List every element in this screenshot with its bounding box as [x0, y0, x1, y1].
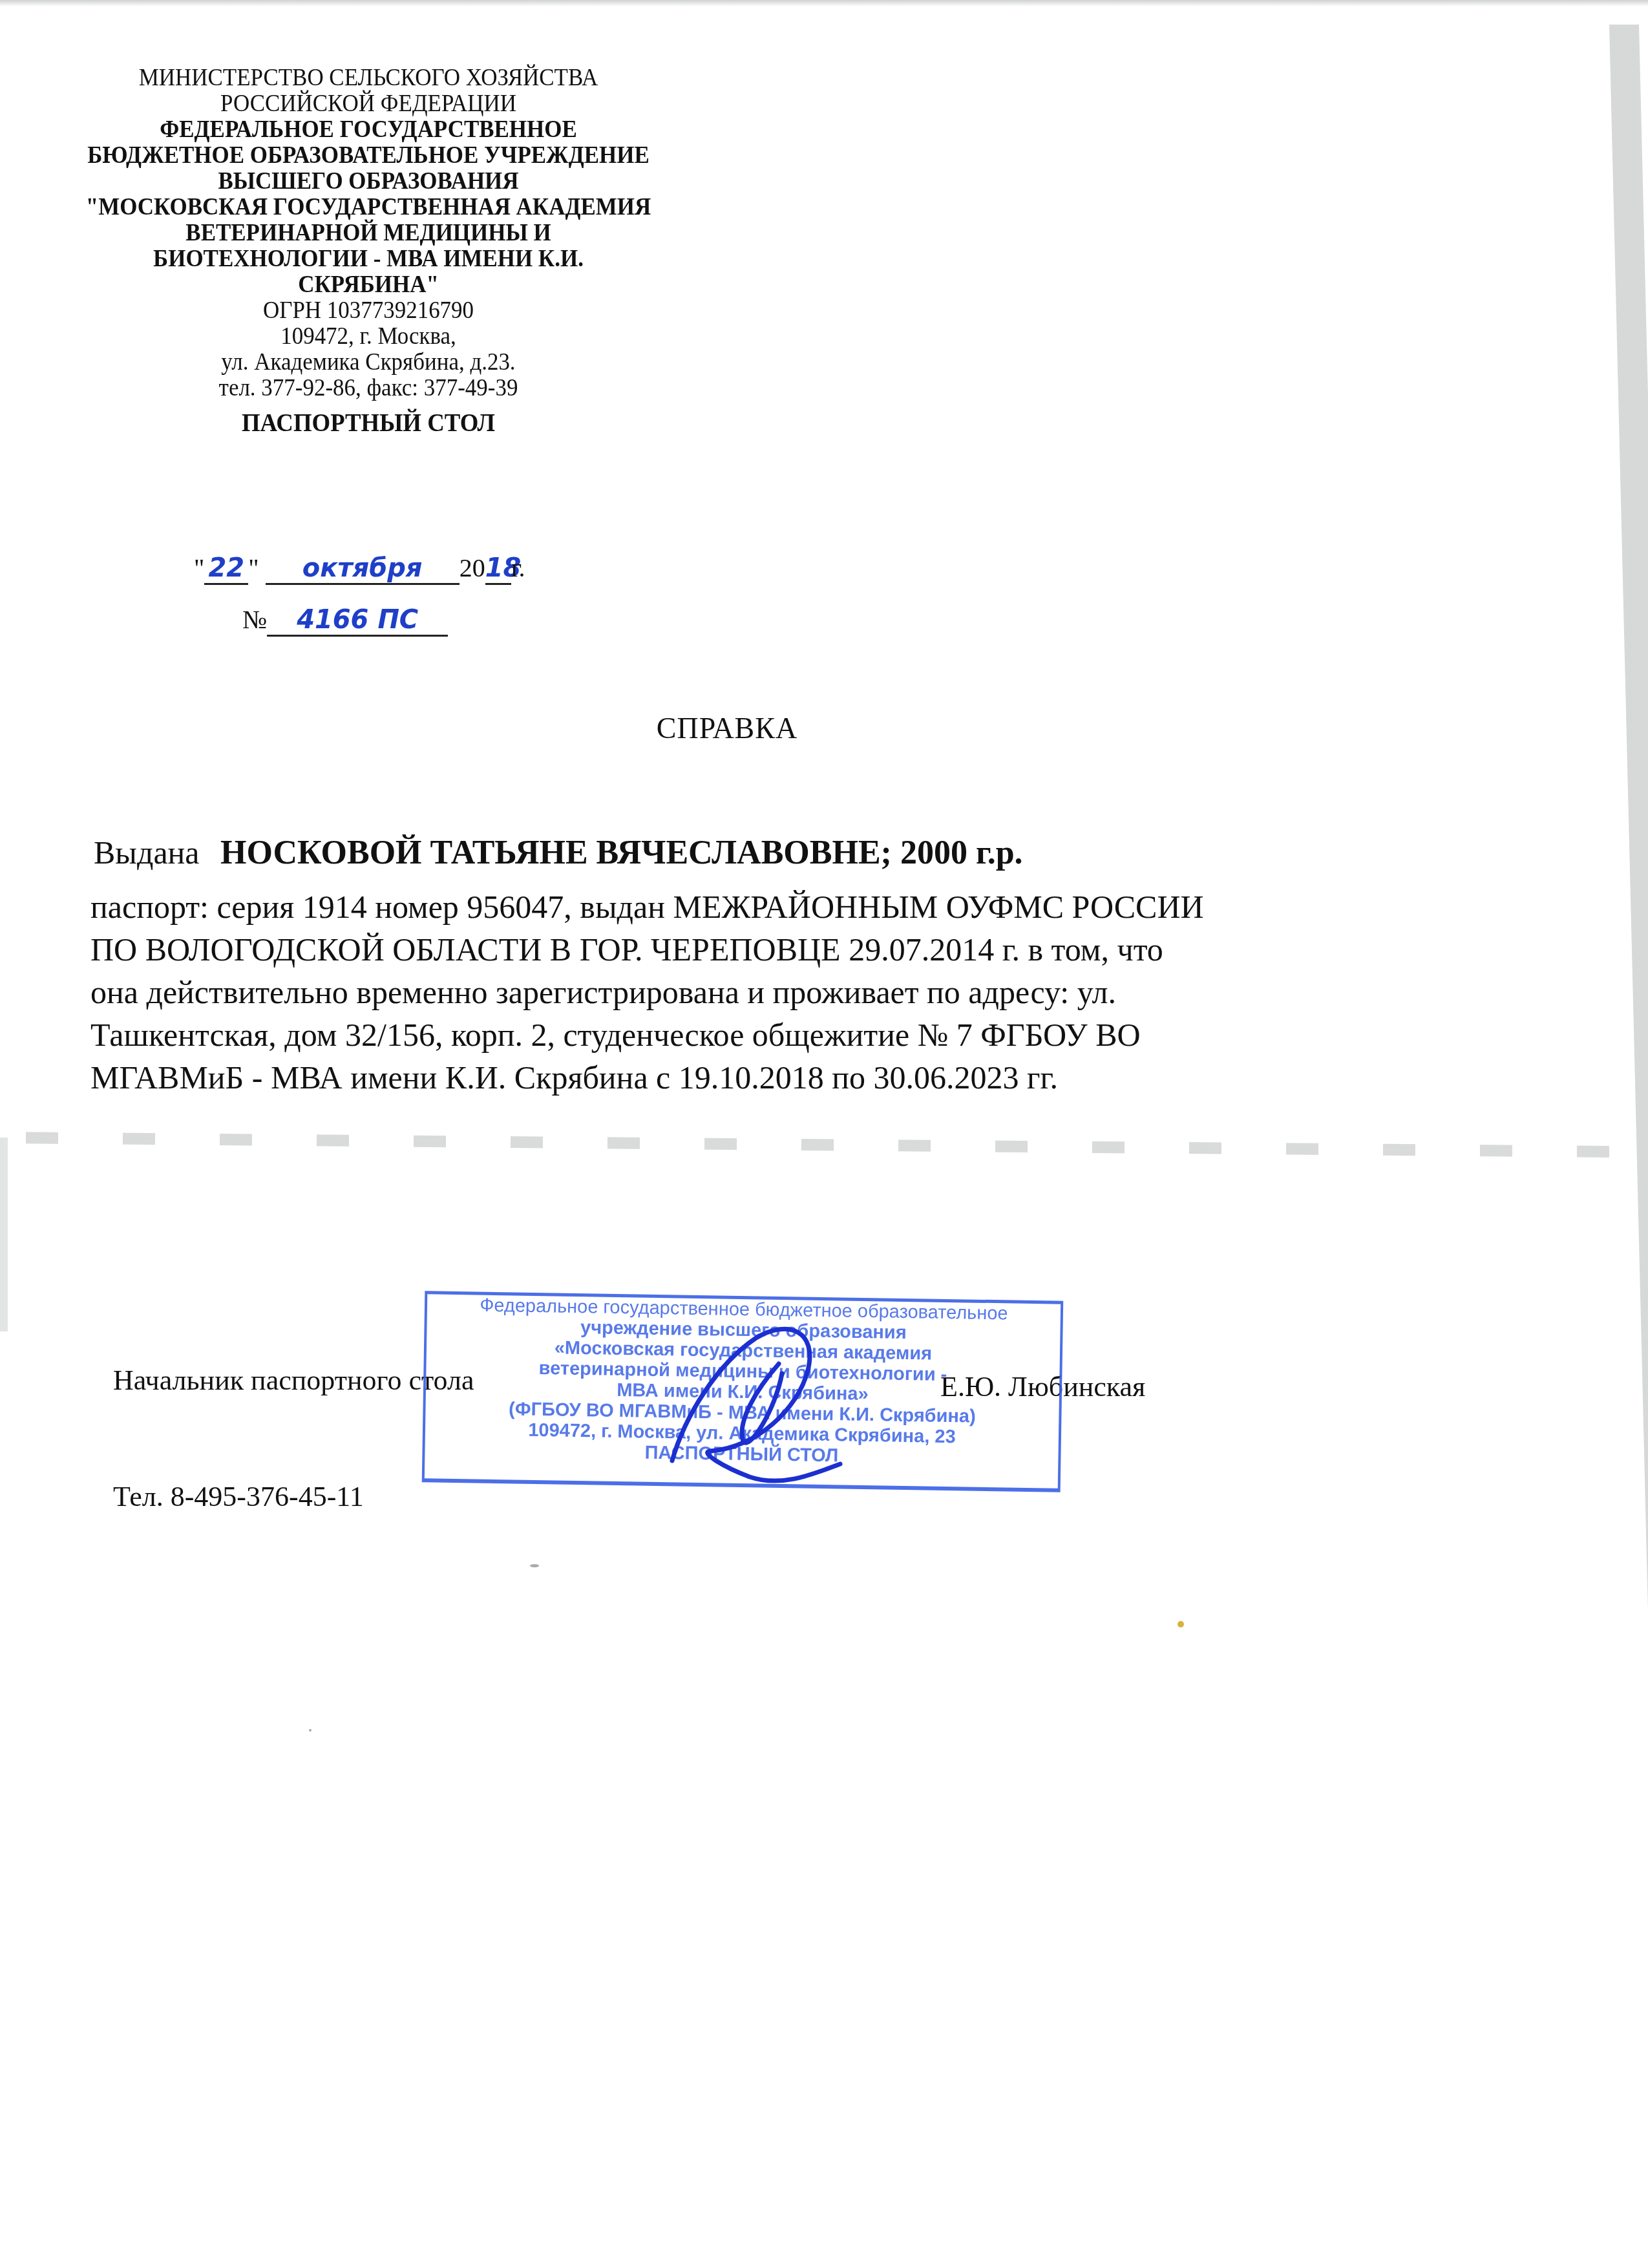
address-line-1: 109472, г. Москва, — [53, 323, 683, 349]
address-line-2: ул. Академика Скрябина, д.23. — [53, 349, 683, 375]
issued-to: Выдана НОСКОВОЙ ТАТЬЯНЕ ВЯЧЕСЛАВОВНЕ; 20… — [94, 834, 1023, 872]
ogrn: ОГРН 1037739216790 — [53, 297, 683, 323]
paper-fold-line — [0, 1132, 1616, 1158]
date-year-unit: г. — [511, 553, 525, 582]
scan-speck — [309, 1729, 312, 1732]
ministry-line-1: МИНИСТЕРСТВО СЕЛЬСКОГО ХОЗЯЙСТВА — [53, 65, 683, 90]
institution-line-4: "МОСКОВСКАЯ ГОСУДАРСТВЕННАЯ АКАДЕМИЯ — [53, 194, 683, 220]
issued-label: Выдана — [94, 834, 200, 871]
institution-line-5: ВЕТЕРИНАРНОЙ МЕДИЦИНЫ И — [53, 220, 683, 246]
certificate-body: паспорт: серия 1914 номер 956047, выдан … — [90, 885, 1461, 1099]
body-line-2: ПО ВОЛОГОДСКОЙ ОБЛАСТИ В ГОР. ЧЕРЕПОВЦЕ … — [90, 928, 1461, 971]
number-label: № — [242, 605, 267, 634]
scan-left-edge — [0, 1138, 8, 1331]
letterhead: МИНИСТЕРСТВО СЕЛЬСКОГО ХОЗЯЙСТВА РОССИЙС… — [53, 65, 683, 436]
body-line-5: МГАВМиБ - МВА имени К.И. Скрябина с 19.1… — [90, 1056, 1461, 1099]
date-close-quote: " — [248, 553, 259, 582]
document-title: СПРАВКА — [0, 711, 1454, 745]
body-line-4: Ташкентская, дом 32/156, корп. 2, студен… — [90, 1013, 1461, 1056]
phone-number: Тел. 8-495-376-45-11 — [113, 1480, 364, 1513]
institution-line-3: ВЫСШЕГО ОБРАЗОВАНИЯ — [53, 168, 683, 194]
number-value: 4166 ПС — [267, 605, 448, 637]
body-line-1: паспорт: серия 1914 номер 956047, выдан … — [90, 885, 1461, 928]
scan-speck — [530, 1564, 539, 1567]
institution-line-2: БЮДЖЕТНОЕ ОБРАЗОВАТЕЛЬНОЕ УЧРЕЖДЕНИЕ — [53, 142, 683, 168]
institution-line-1: ФЕДЕРАЛЬНОЕ ГОСУДАРСТВЕННОЕ — [53, 116, 683, 142]
document-date: "22" октября2018г. — [194, 553, 525, 585]
signatory-role: Начальник паспортного стола — [113, 1364, 474, 1397]
institution-line-6: БИОТЕХНОЛОГИИ - МВА ИМЕНИ К.И. — [53, 246, 683, 271]
institution-line-7: СКРЯБИНА" — [53, 271, 683, 297]
issued-name: НОСКОВОЙ ТАТЬЯНЕ ВЯЧЕСЛАВОВНЕ; 2000 г.р. — [220, 834, 1023, 871]
date-year-suffix: 18 — [485, 553, 511, 585]
date-month: октября — [266, 553, 460, 585]
document-number: №4166 ПС — [242, 604, 448, 637]
contacts: тел. 377-92-86, факс: 377-49-39 — [53, 375, 683, 401]
scan-top-edge — [0, 0, 1648, 6]
date-open-quote: " — [194, 553, 204, 582]
ministry-line-2: РОССИЙСКОЙ ФЕДЕРАЦИИ — [53, 90, 683, 116]
date-day: 22 — [204, 553, 248, 585]
body-line-3: она действительно временно зарегистриров… — [90, 971, 1461, 1013]
signature-icon — [646, 1312, 860, 1487]
date-year-prefix: 20 — [460, 553, 485, 582]
department-title: ПАСПОРТНЫЙ СТОЛ — [53, 410, 683, 436]
scan-speck — [1178, 1621, 1184, 1627]
